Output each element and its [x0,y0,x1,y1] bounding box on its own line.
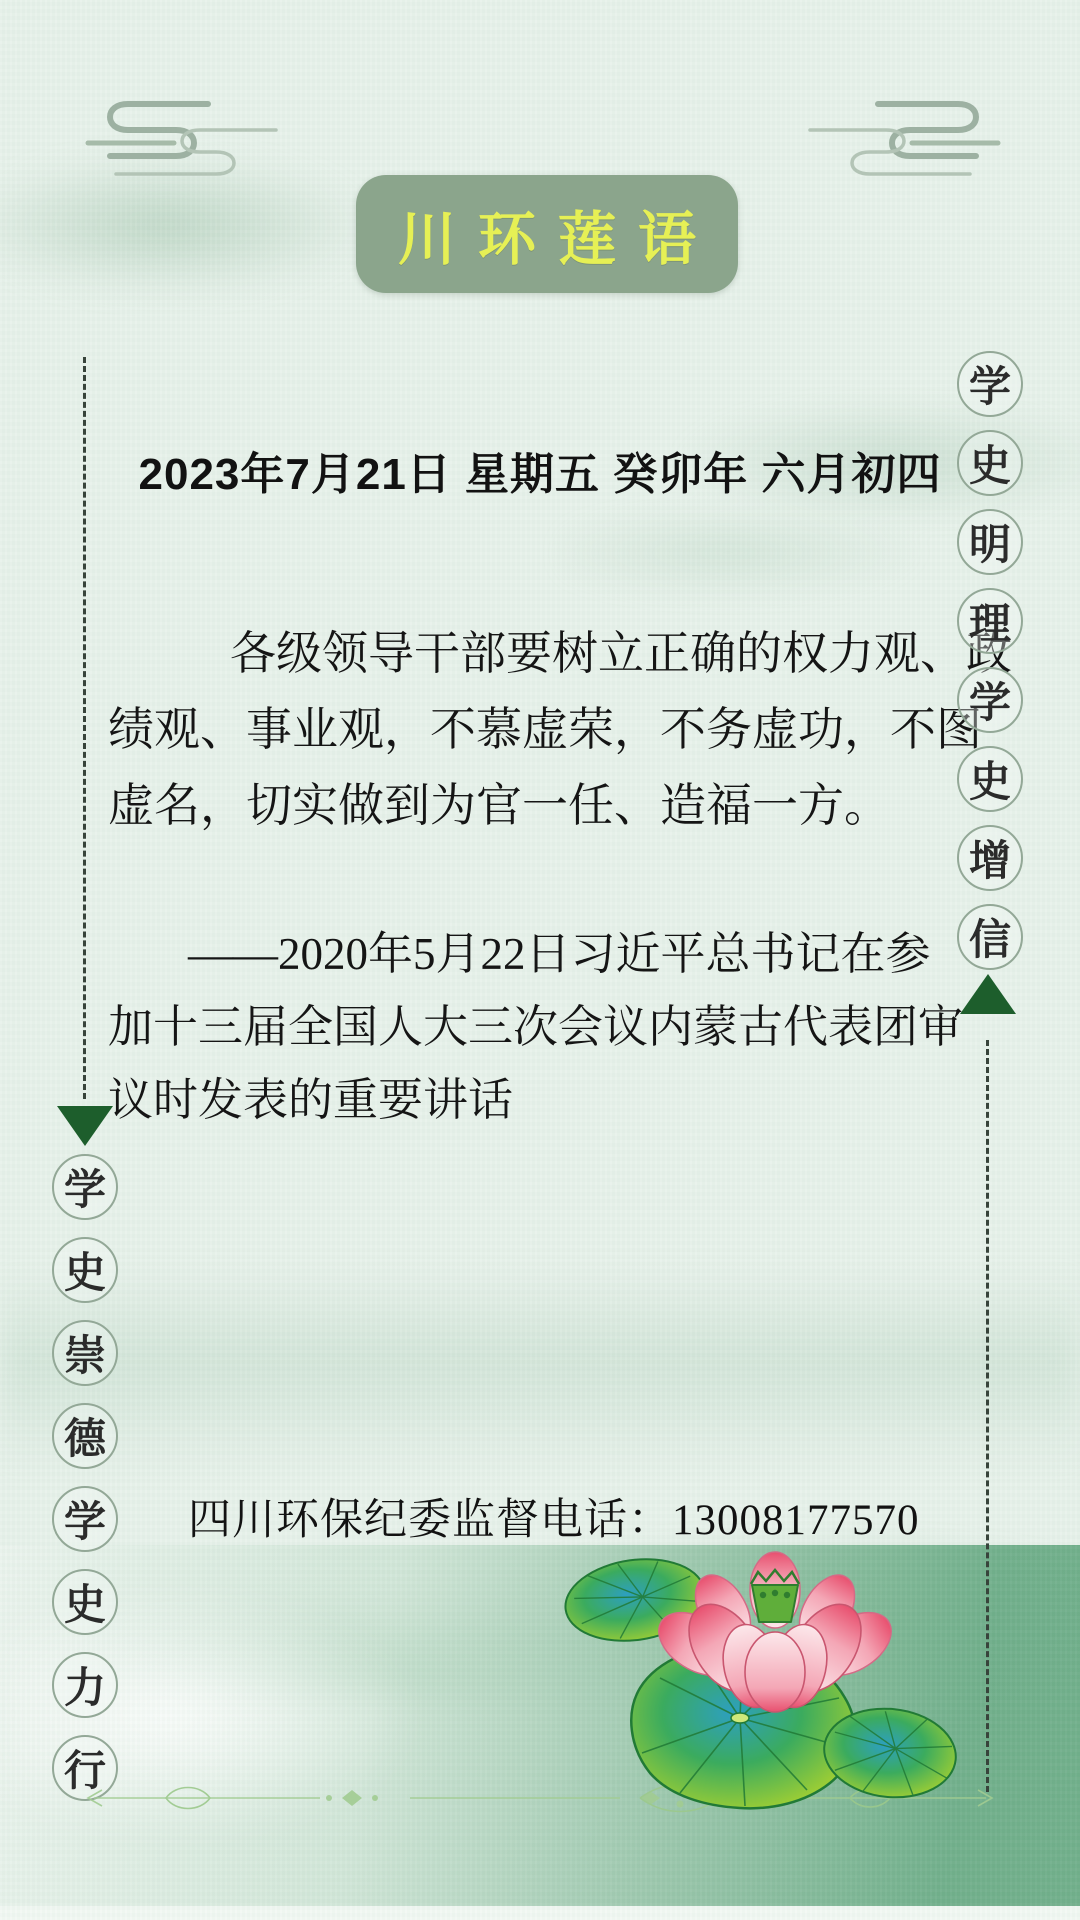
slogan-char-circle: 学 [957,351,1023,417]
cloud-ornament-left-icon [80,92,330,176]
cloud-ornament-right-icon [756,92,1006,176]
dashed-line-right [986,1040,989,1792]
slogan-char-circle: 信 [957,904,1023,970]
watercolor-mist-band [0,1270,1080,1470]
quote-line: 各级领导干部要树立正确的权力观、政 [108,616,968,692]
slogan-char-circle: 学 [52,1154,118,1220]
arrow-up-icon [960,974,1016,1014]
arrow-down-icon [57,1106,113,1146]
slogan-char-circle: 学 [52,1486,118,1552]
attribution-line: 议时发表的重要讲话 [108,1064,968,1137]
slogan-char-circle: 崇 [52,1320,118,1386]
lotus-illustration [545,1548,965,1818]
attribution-block: ——2020年5月22日习近平总书记在参 加十三届全国人大三次会议内蒙古代表团审… [108,918,968,1137]
slogan-char-circle: 史 [52,1237,118,1303]
slogan-char-circle: 史 [957,430,1023,496]
attribution-line: 加十三届全国人大三次会议内蒙古代表团审 [108,991,968,1064]
slogan-char-circle: 德 [52,1403,118,1469]
slogan-char-circle: 理 [957,588,1023,654]
slogan-char-circle: 明 [957,509,1023,575]
quote-block: 各级领导干部要树立正确的权力观、政 绩观、事业观，不慕虚荣，不务虚功，不图 虚名… [108,616,968,844]
bottom-light-strip [0,1906,1080,1920]
quote-line: 虚名，切实做到为官一任、造福一方。 [108,768,968,844]
slogan-char-circle: 力 [52,1652,118,1718]
attribution-line: ——2020年5月22日习近平总书记在参 [108,918,968,991]
slogan-char-circle: 学 [957,667,1023,733]
quote-line: 绩观、事业观，不慕虚荣，不务虚功，不图 [108,692,968,768]
title-banner: 川环莲语 [356,175,738,293]
slogan-char-circle: 史 [52,1569,118,1635]
dashed-line-left [83,357,86,1099]
slogan-char-circle: 史 [957,746,1023,812]
poster-title: 川环莲语 [376,192,718,276]
supervision-phone-line: 四川环保纪委监督电话：13008177570 [188,1486,1008,1547]
date-line: 2023年7月21日 星期五 癸卯年 六月初四 [0,438,1080,502]
slogan-char-circle: 增 [957,825,1023,891]
